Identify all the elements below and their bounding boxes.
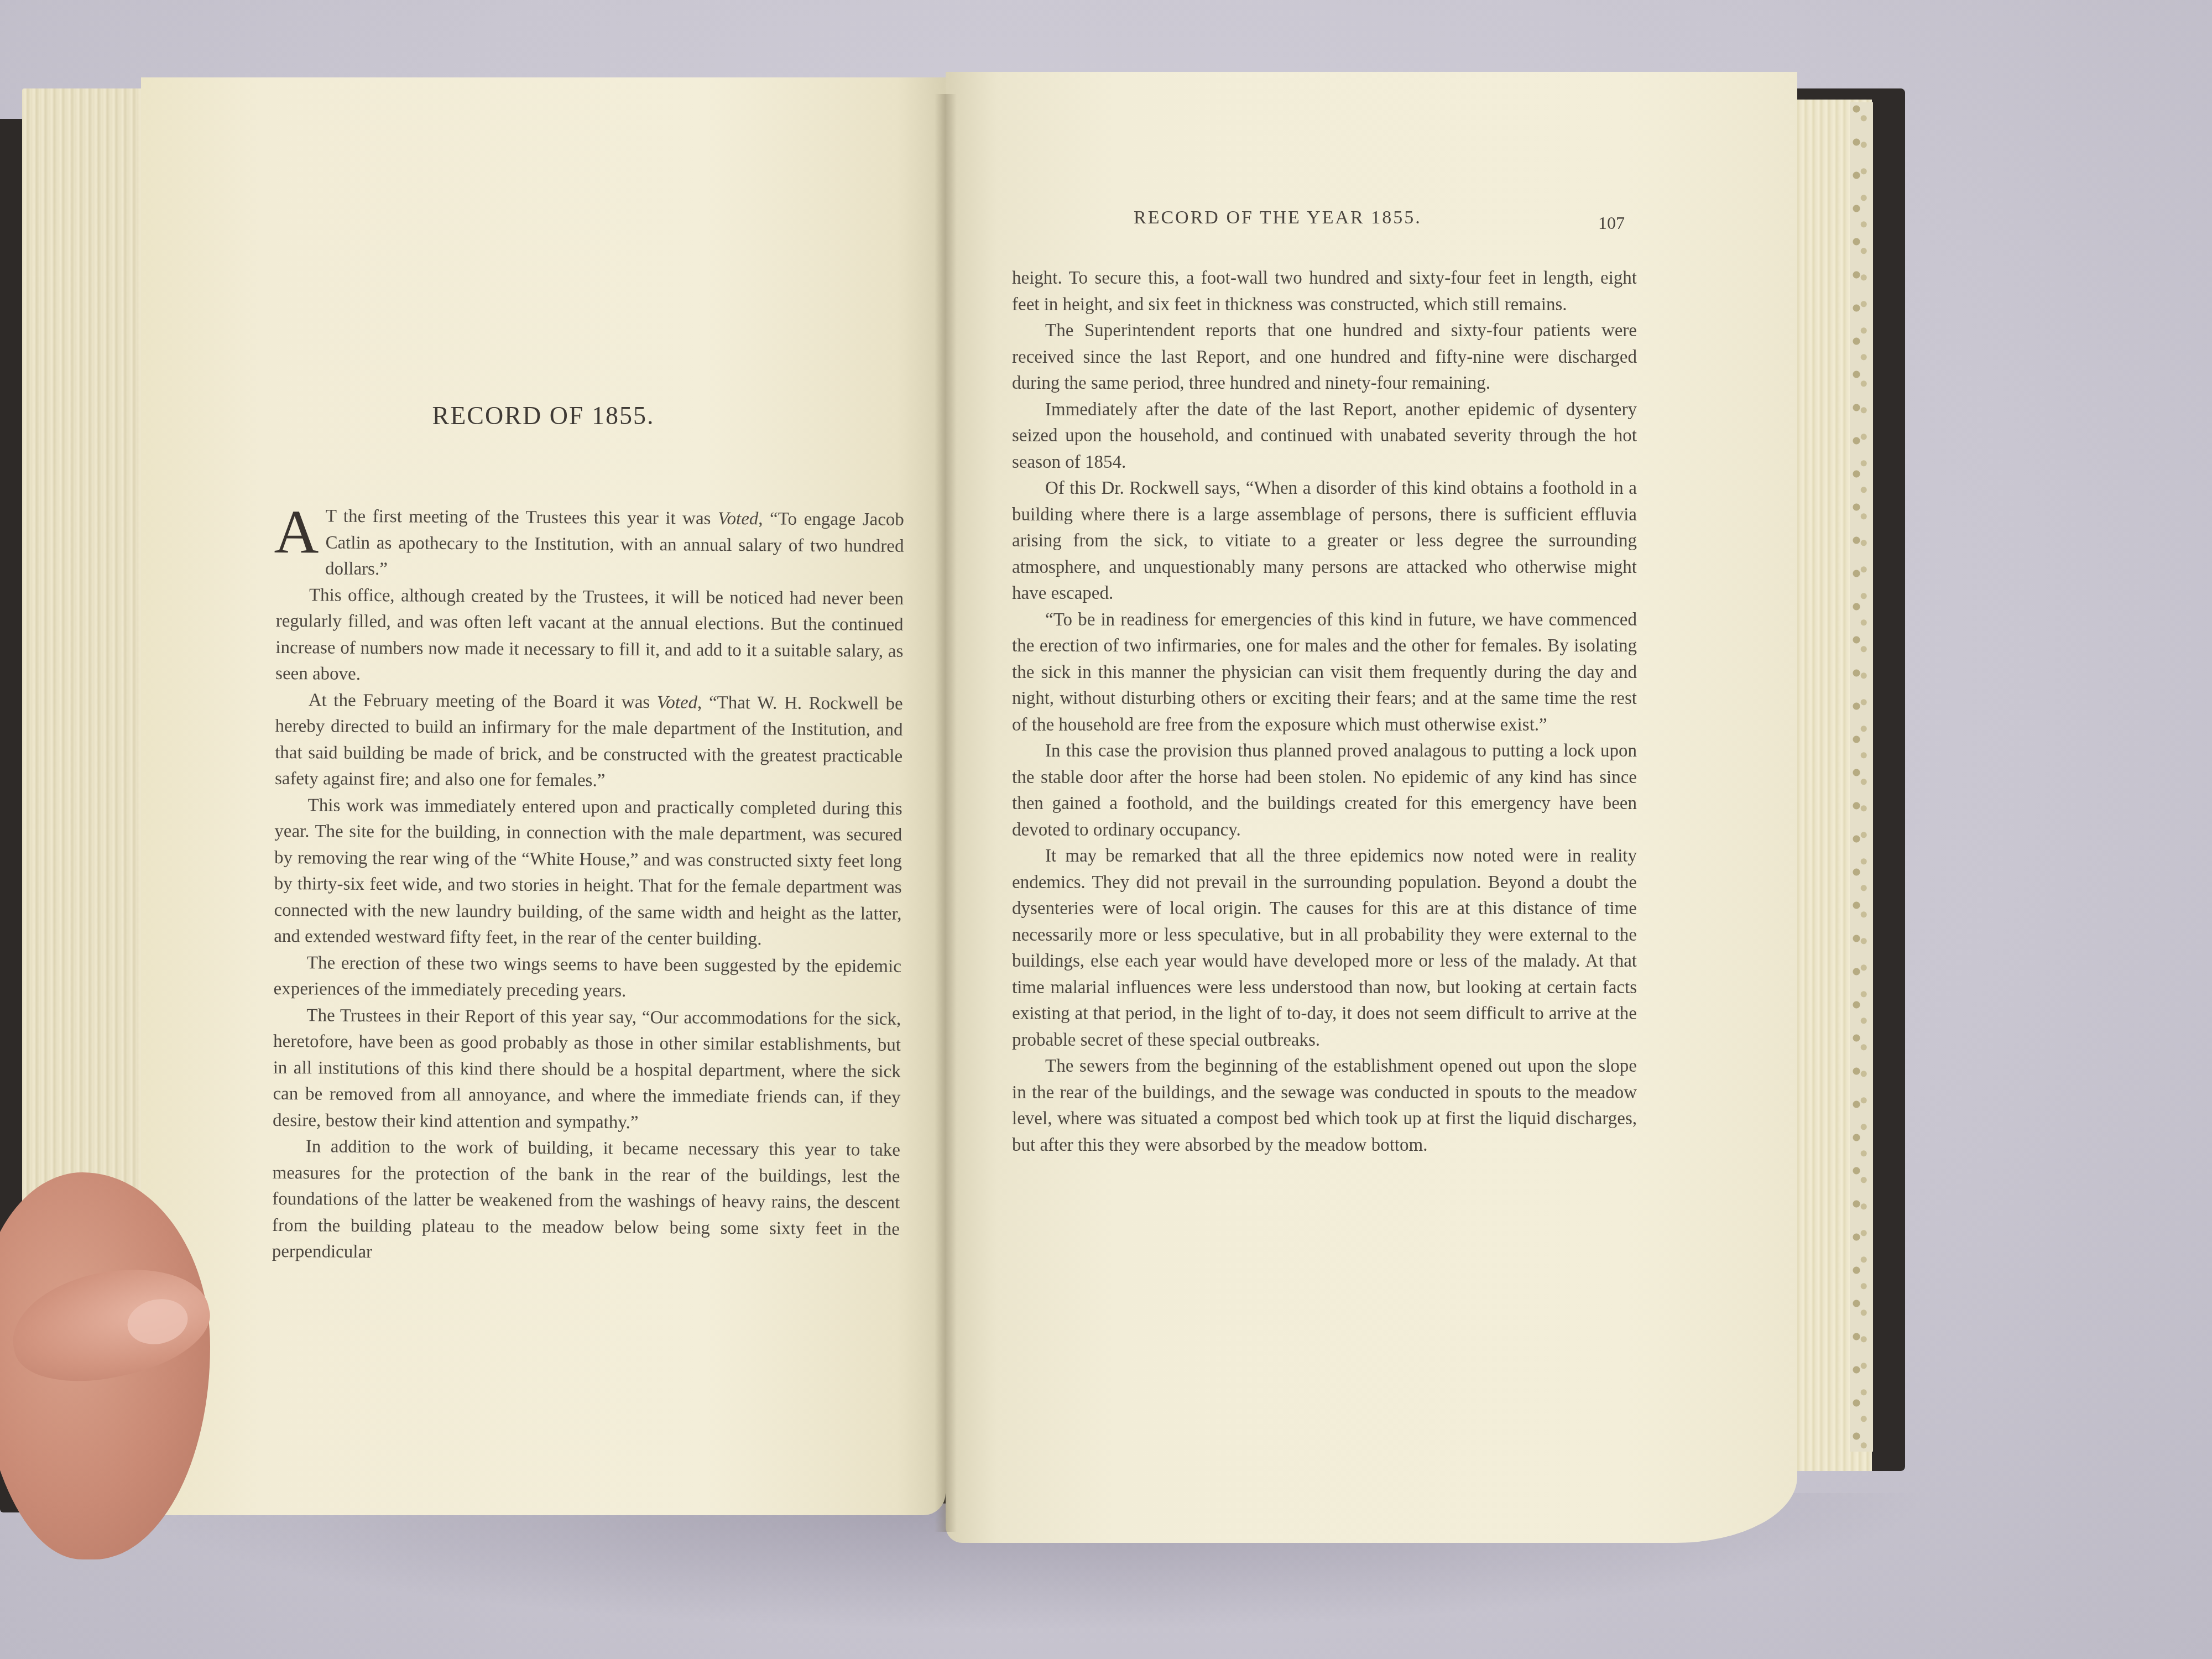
paragraph: Immediately after the date of the last R… bbox=[1012, 397, 1637, 476]
paragraph: The sewers from the beginning of the est… bbox=[1012, 1053, 1637, 1159]
running-head: RECORD OF THE YEAR 1855. bbox=[1134, 207, 1422, 228]
paragraph: In addition to the work of building, it … bbox=[272, 1134, 900, 1269]
paragraph: At the February meeting of the Board it … bbox=[275, 687, 903, 796]
paragraph: height. To secure this, a foot-wall two … bbox=[1012, 265, 1637, 318]
book-gutter bbox=[935, 94, 957, 1532]
right-page: RECORD OF THE YEAR 1855. 107 height. To … bbox=[946, 72, 1797, 1543]
paragraph: This work was immediately entered upon a… bbox=[274, 792, 902, 953]
drop-cap: A bbox=[274, 505, 319, 559]
paragraph: Of this Dr. Rockwell says, “When a disor… bbox=[1012, 476, 1637, 607]
paragraph: “To be in readiness for emergencies of t… bbox=[1012, 607, 1637, 739]
chapter-title: RECORD OF 1855. bbox=[141, 401, 946, 430]
paragraph: The Superintendent reports that one hund… bbox=[1012, 318, 1637, 397]
paragraph: This office, although created by the Tru… bbox=[275, 582, 904, 691]
paragraph: The erection of these two wings seems to… bbox=[273, 950, 901, 1006]
left-page-body: AT the first meeting of the Trustees thi… bbox=[272, 503, 904, 1269]
book-cover-right bbox=[1869, 88, 1905, 1471]
left-page: RECORD OF 1855. AT the first meeting of … bbox=[141, 77, 946, 1515]
paragraph: It may be remarked that all the three ep… bbox=[1012, 843, 1637, 1053]
paragraph: In this case the provision thus planned … bbox=[1012, 738, 1637, 843]
paragraph: The Trustees in their Report of this yea… bbox=[273, 1002, 901, 1137]
right-page-body: height. To secure this, a foot-wall two … bbox=[1012, 265, 1637, 1159]
paragraph: AT the first meeting of the Trustees thi… bbox=[276, 503, 904, 586]
page-number: 107 bbox=[1598, 213, 1625, 233]
marbled-endpaper bbox=[1850, 102, 1873, 1452]
